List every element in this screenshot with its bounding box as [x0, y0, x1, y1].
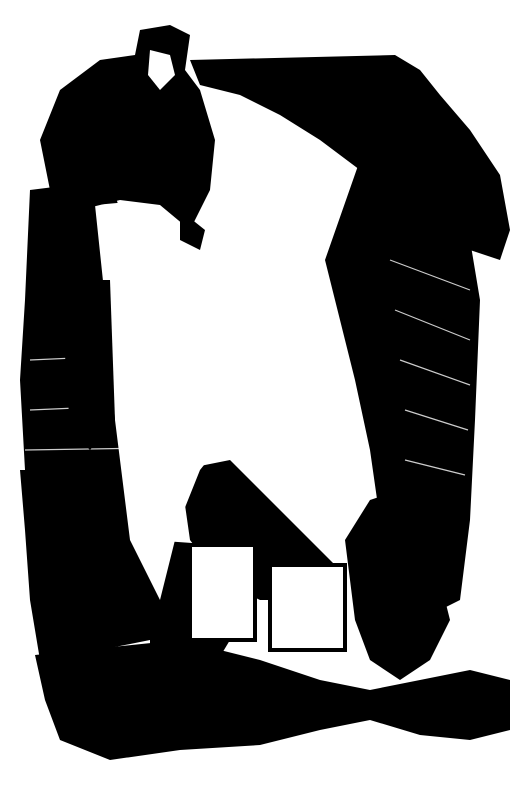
ink-illustration: [0, 0, 531, 800]
